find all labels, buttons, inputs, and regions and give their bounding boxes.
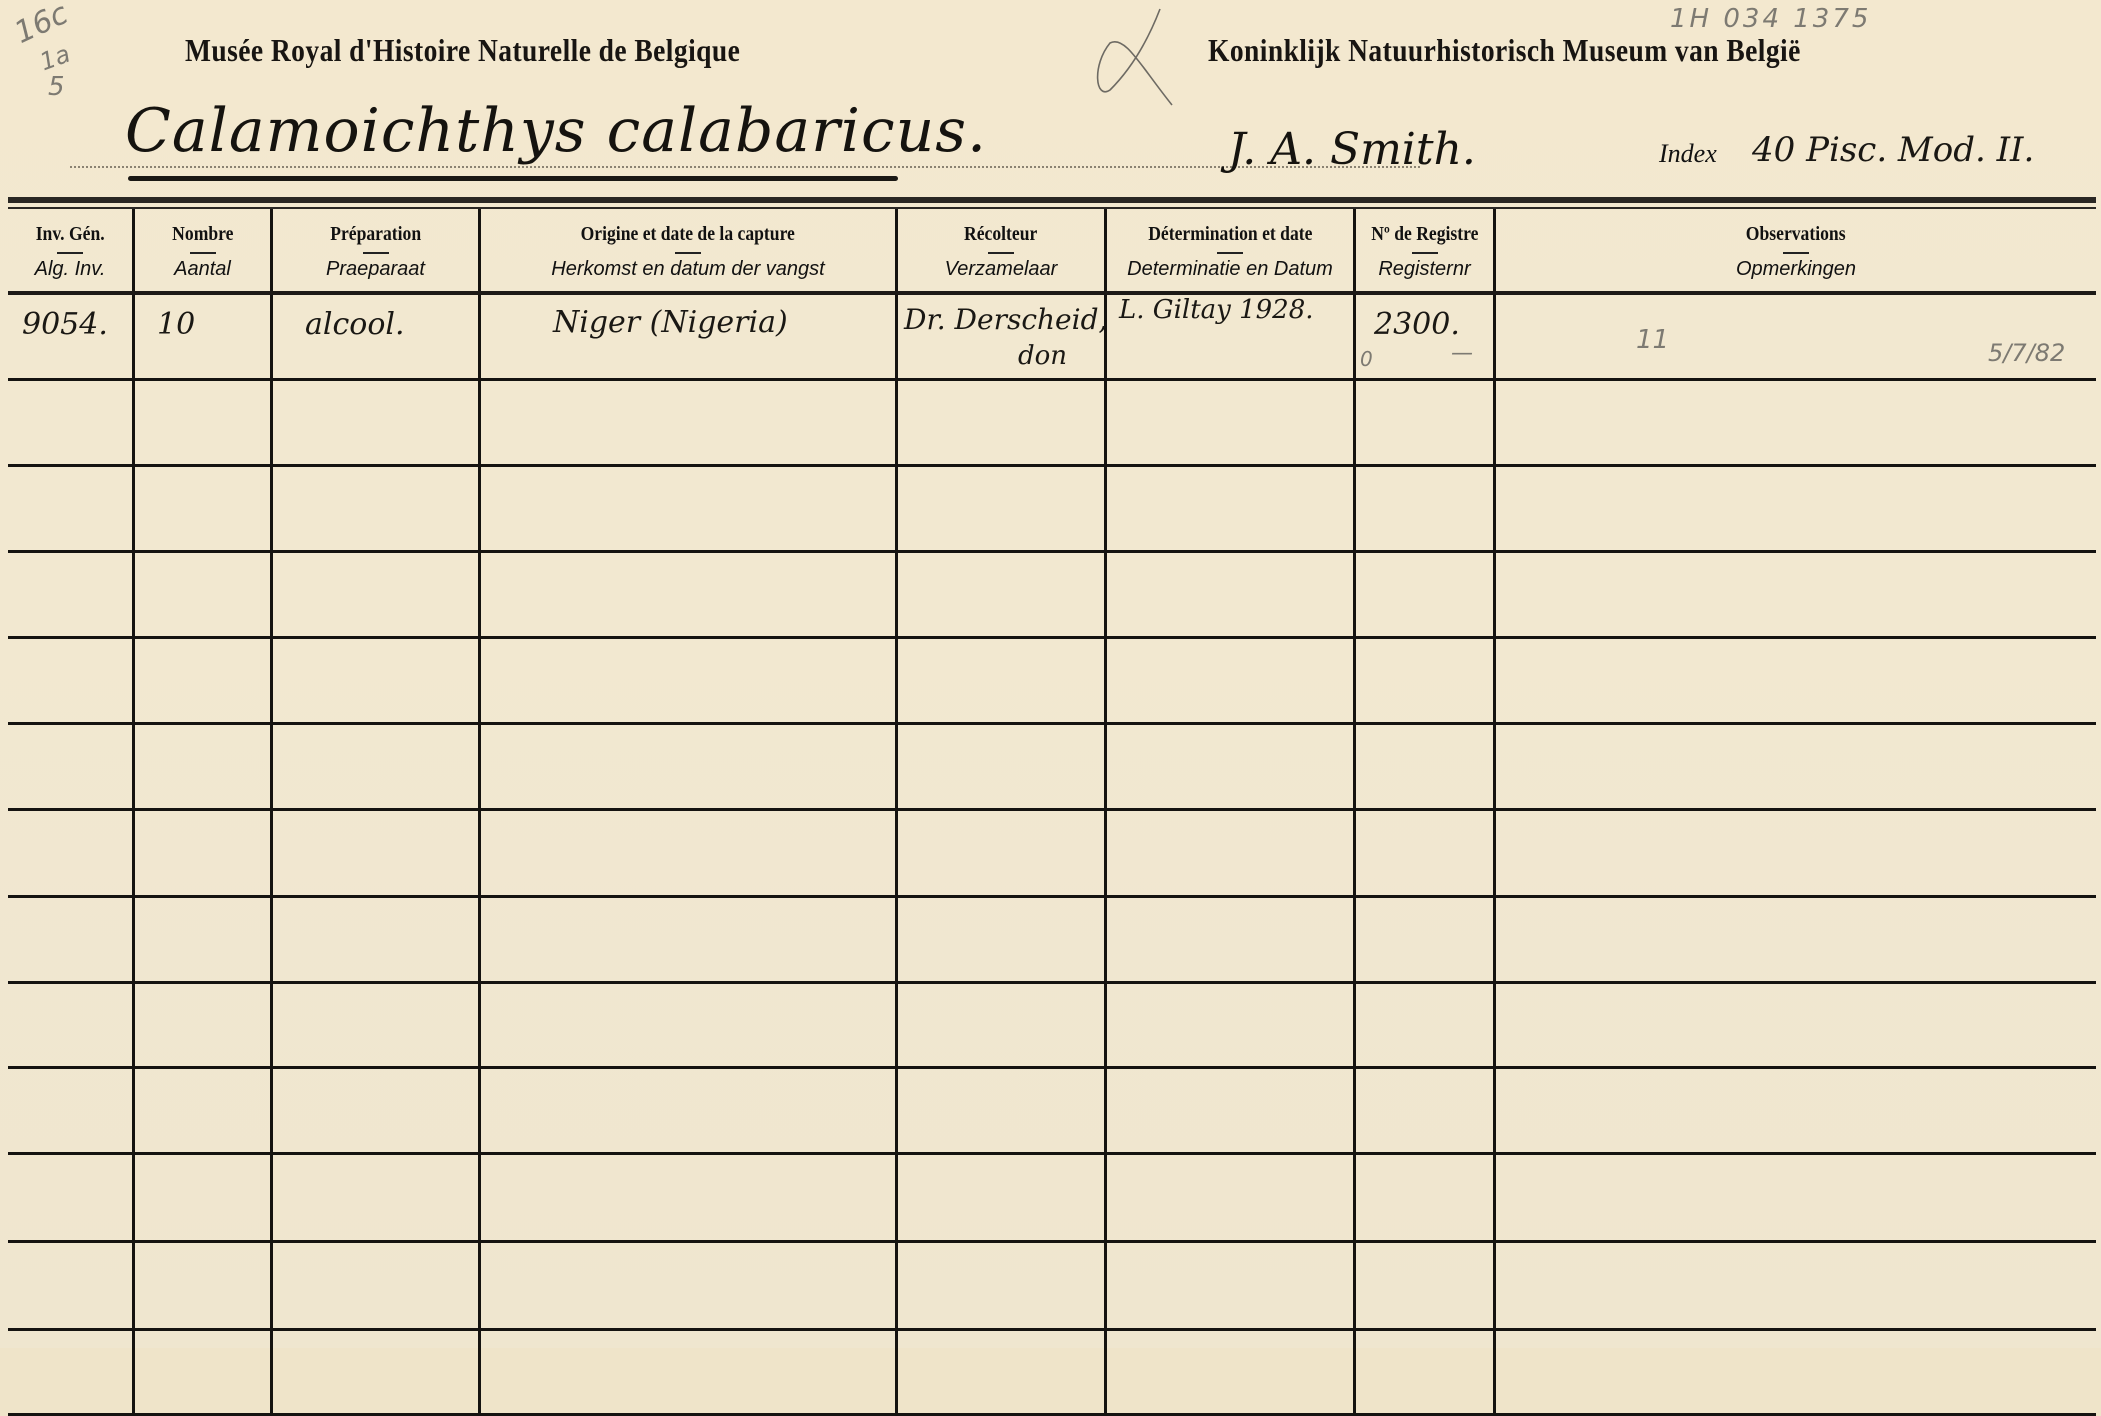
cell-collector: Dr. Derscheid, don — [898, 295, 1107, 378]
empty-cell — [8, 898, 135, 981]
empty-cell — [135, 467, 273, 550]
empty-cell — [1356, 984, 1496, 1066]
empty-cell — [1356, 1243, 1496, 1328]
header-dash — [363, 252, 389, 254]
empty-cell — [1356, 553, 1496, 636]
table-row-empty — [8, 1155, 2096, 1243]
empty-cell — [1356, 811, 1496, 895]
empty-cell — [1496, 1243, 2096, 1328]
empty-cell — [1356, 467, 1496, 550]
empty-cell — [898, 381, 1107, 464]
margin-note-2: 1a — [36, 40, 74, 77]
empty-cell — [273, 381, 481, 464]
col-header-count: Nombre Aantal — [135, 209, 273, 291]
top-pencil-note: 1H 034 1375 — [1670, 4, 1871, 34]
empty-cell — [1107, 639, 1356, 722]
empty-cell — [1107, 1069, 1356, 1152]
col-header-nl: Verzamelaar — [945, 258, 1058, 281]
empty-cell — [1496, 1331, 2096, 1348]
col-header-collector: Récolteur Verzamelaar — [898, 209, 1107, 291]
institution-nl: Koninklijk Natuurhistorisch Museum van B… — [1208, 32, 1801, 69]
empty-cell — [273, 984, 481, 1066]
header-dash — [1783, 252, 1809, 254]
empty-cell — [898, 1155, 1107, 1240]
cell-determination: L. Giltay 1928. — [1107, 295, 1356, 378]
empty-cell — [135, 381, 273, 464]
empty-cell — [135, 898, 273, 981]
empty-cell — [1356, 1155, 1496, 1240]
empty-cell — [8, 467, 135, 550]
species-underline — [128, 176, 898, 181]
cell-inv: 9054. — [8, 295, 135, 378]
empty-cell — [1356, 639, 1496, 722]
col-header-nl: Opmerkingen — [1736, 258, 1856, 281]
empty-cell — [481, 1331, 898, 1348]
empty-cell — [1107, 1155, 1356, 1240]
title-baseline — [70, 166, 1420, 168]
col-header-nl: Determinatie en Datum — [1127, 258, 1333, 281]
empty-cell — [1496, 898, 2096, 981]
empty-cell — [898, 1069, 1107, 1152]
empty-cell — [898, 984, 1107, 1066]
empty-cell — [898, 639, 1107, 722]
empty-cell — [898, 1243, 1107, 1328]
cell-count: 10 — [135, 295, 273, 378]
empty-cell — [1496, 811, 2096, 895]
empty-cell — [135, 725, 273, 808]
origin-value: Niger (Nigeria) — [553, 305, 788, 340]
empty-cell — [898, 467, 1107, 550]
col-header-fr: Préparation — [330, 223, 421, 246]
count-value: 10 — [157, 307, 195, 342]
empty-cell — [1356, 725, 1496, 808]
empty-cell — [481, 639, 898, 722]
cell-register: 2300. 0 — — [1356, 295, 1496, 378]
empty-cell — [8, 1155, 135, 1240]
col-header-fr: Observations — [1746, 223, 1846, 246]
cell-origin: Niger (Nigeria) — [481, 295, 898, 378]
empty-cell — [1107, 1243, 1356, 1328]
col-header-preparation: Préparation Praeparaat — [273, 209, 481, 291]
empty-cell — [135, 1155, 273, 1240]
col-header-fr: Inv. Gén. — [36, 223, 105, 246]
empty-cell — [1356, 381, 1496, 464]
observation-date: 5/7/82 — [1988, 339, 2065, 367]
empty-cell — [8, 811, 135, 895]
col-header-register: Nº de Registre Registernr — [1356, 209, 1496, 291]
empty-cell — [8, 725, 135, 808]
empty-cell — [273, 553, 481, 636]
empty-cell — [481, 725, 898, 808]
table-row-empty — [8, 381, 2096, 467]
cell-observations: 11 5/7/82 — [1496, 295, 2096, 378]
cell-preparation: alcool. — [273, 295, 481, 378]
col-header-nl: Praeparaat — [326, 258, 425, 281]
empty-cell — [1356, 1069, 1496, 1152]
table-row-empty — [8, 553, 2096, 639]
empty-cell — [481, 1069, 898, 1152]
table-row-empty — [8, 1243, 2096, 1331]
index-value: 40 Pisc. Mod. II. — [1752, 130, 2034, 170]
empty-cell — [8, 381, 135, 464]
col-header-observations: Observations Opmerkingen — [1496, 209, 2096, 291]
col-header-nl: Registernr — [1378, 258, 1470, 281]
empty-cell — [1107, 725, 1356, 808]
col-header-fr: Détermination et date — [1148, 223, 1312, 246]
empty-cell — [273, 639, 481, 722]
empty-cell — [1496, 1069, 2096, 1152]
observation-mark: 11 — [1636, 325, 1669, 355]
cross-mark-icon — [1090, 5, 1180, 110]
empty-cell — [1107, 811, 1356, 895]
margin-note-3: 5 — [48, 72, 65, 102]
empty-cell — [1496, 381, 2096, 464]
empty-cell — [8, 1331, 135, 1348]
empty-cell — [135, 1069, 273, 1152]
empty-cell — [273, 467, 481, 550]
empty-cell — [481, 1155, 898, 1240]
species-name: Calamoichthys calabaricus. — [125, 96, 987, 166]
empty-cell — [1496, 725, 2096, 808]
register-note-left: 0 — [1360, 347, 1373, 371]
empty-cell — [1107, 381, 1356, 464]
table-row-empty — [8, 1331, 2096, 1348]
empty-cell — [8, 639, 135, 722]
empty-cell — [898, 553, 1107, 636]
table-row-empty — [8, 639, 2096, 725]
table-row-empty — [8, 898, 2096, 984]
register-table: Inv. Gén. Alg. Inv. Nombre Aantal Prépar… — [8, 209, 2096, 1348]
empty-cell — [481, 381, 898, 464]
determination-value: L. Giltay 1928. — [1119, 295, 1314, 325]
empty-cell — [135, 1331, 273, 1348]
empty-cell — [135, 553, 273, 636]
register-value: 2300. — [1374, 307, 1460, 342]
index-label: Index — [1659, 139, 1717, 169]
empty-cell — [898, 725, 1107, 808]
empty-cell — [273, 898, 481, 981]
col-header-nl: Herkomst en datum der vangst — [551, 258, 824, 281]
empty-cell — [135, 639, 273, 722]
empty-cell — [481, 898, 898, 981]
register-note-right: — — [1451, 341, 1473, 366]
empty-cell — [1107, 984, 1356, 1066]
empty-cell — [1496, 984, 2096, 1066]
table-row-empty — [8, 467, 2096, 553]
empty-cell — [273, 1069, 481, 1152]
table-row-empty — [8, 984, 2096, 1069]
empty-cell — [481, 1243, 898, 1328]
empty-cell — [898, 1331, 1107, 1348]
table-header-row: Inv. Gén. Alg. Inv. Nombre Aantal Prépar… — [8, 209, 2096, 295]
institution-fr: Musée Royal d'Histoire Naturelle de Belg… — [185, 32, 740, 69]
empty-cell — [898, 811, 1107, 895]
col-header-fr: Nombre — [172, 223, 233, 246]
specimen-card: 16c 1a 5 1H 034 1375 Musée Royal d'Histo… — [0, 0, 2101, 1348]
empty-cell — [481, 984, 898, 1066]
empty-cell — [273, 1331, 481, 1348]
empty-cell — [8, 984, 135, 1066]
empty-cell — [135, 984, 273, 1066]
table-row-empty — [8, 811, 2096, 898]
empty-cell — [8, 1243, 135, 1328]
col-header-nl: Alg. Inv. — [35, 258, 106, 281]
header-dash — [988, 252, 1014, 254]
preparation-value: alcool. — [305, 307, 405, 342]
header-dash — [1412, 252, 1438, 254]
species-author: J. A. Smith. — [1228, 124, 1476, 175]
header-rule-thick — [8, 197, 2096, 203]
header-dash — [1217, 252, 1243, 254]
empty-cell — [1356, 898, 1496, 981]
collector-value: Dr. Derscheid, — [904, 303, 1107, 336]
empty-cell — [273, 811, 481, 895]
header-dash — [190, 252, 216, 254]
empty-rows — [8, 381, 2096, 1348]
empty-cell — [1107, 1331, 1356, 1348]
empty-cell — [273, 1155, 481, 1240]
empty-cell — [1496, 639, 2096, 722]
col-header-fr: Nº de Registre — [1371, 223, 1478, 246]
empty-cell — [8, 1069, 135, 1152]
empty-cell — [135, 811, 273, 895]
inv-value: 9054. — [22, 307, 108, 342]
collector-note: don — [1018, 341, 1067, 371]
empty-cell — [273, 1243, 481, 1328]
table-row-empty — [8, 1069, 2096, 1155]
header-dash — [57, 252, 83, 254]
empty-cell — [1496, 467, 2096, 550]
empty-cell — [481, 811, 898, 895]
empty-cell — [1496, 1155, 2096, 1240]
col-header-inv: Inv. Gén. Alg. Inv. — [8, 209, 135, 291]
empty-cell — [1496, 553, 2096, 636]
empty-cell — [135, 1243, 273, 1328]
empty-cell — [1356, 1331, 1496, 1348]
empty-cell — [1107, 898, 1356, 981]
empty-cell — [481, 553, 898, 636]
header-dash — [675, 252, 701, 254]
empty-cell — [481, 467, 898, 550]
table-row-empty — [8, 725, 2096, 811]
col-header-fr: Origine et date de la capture — [581, 223, 795, 246]
col-header-determination: Détermination et date Determinatie en Da… — [1107, 209, 1356, 291]
col-header-nl: Aantal — [174, 258, 231, 281]
empty-cell — [1107, 467, 1356, 550]
empty-cell — [898, 898, 1107, 981]
col-header-origin: Origine et date de la capture Herkomst e… — [481, 209, 898, 291]
table-row: 9054. 10 alcool. Niger (Nigeria) Dr. Der… — [8, 295, 2096, 381]
empty-cell — [273, 725, 481, 808]
empty-cell — [8, 553, 135, 636]
empty-cell — [1107, 553, 1356, 636]
col-header-fr: Récolteur — [964, 223, 1037, 246]
